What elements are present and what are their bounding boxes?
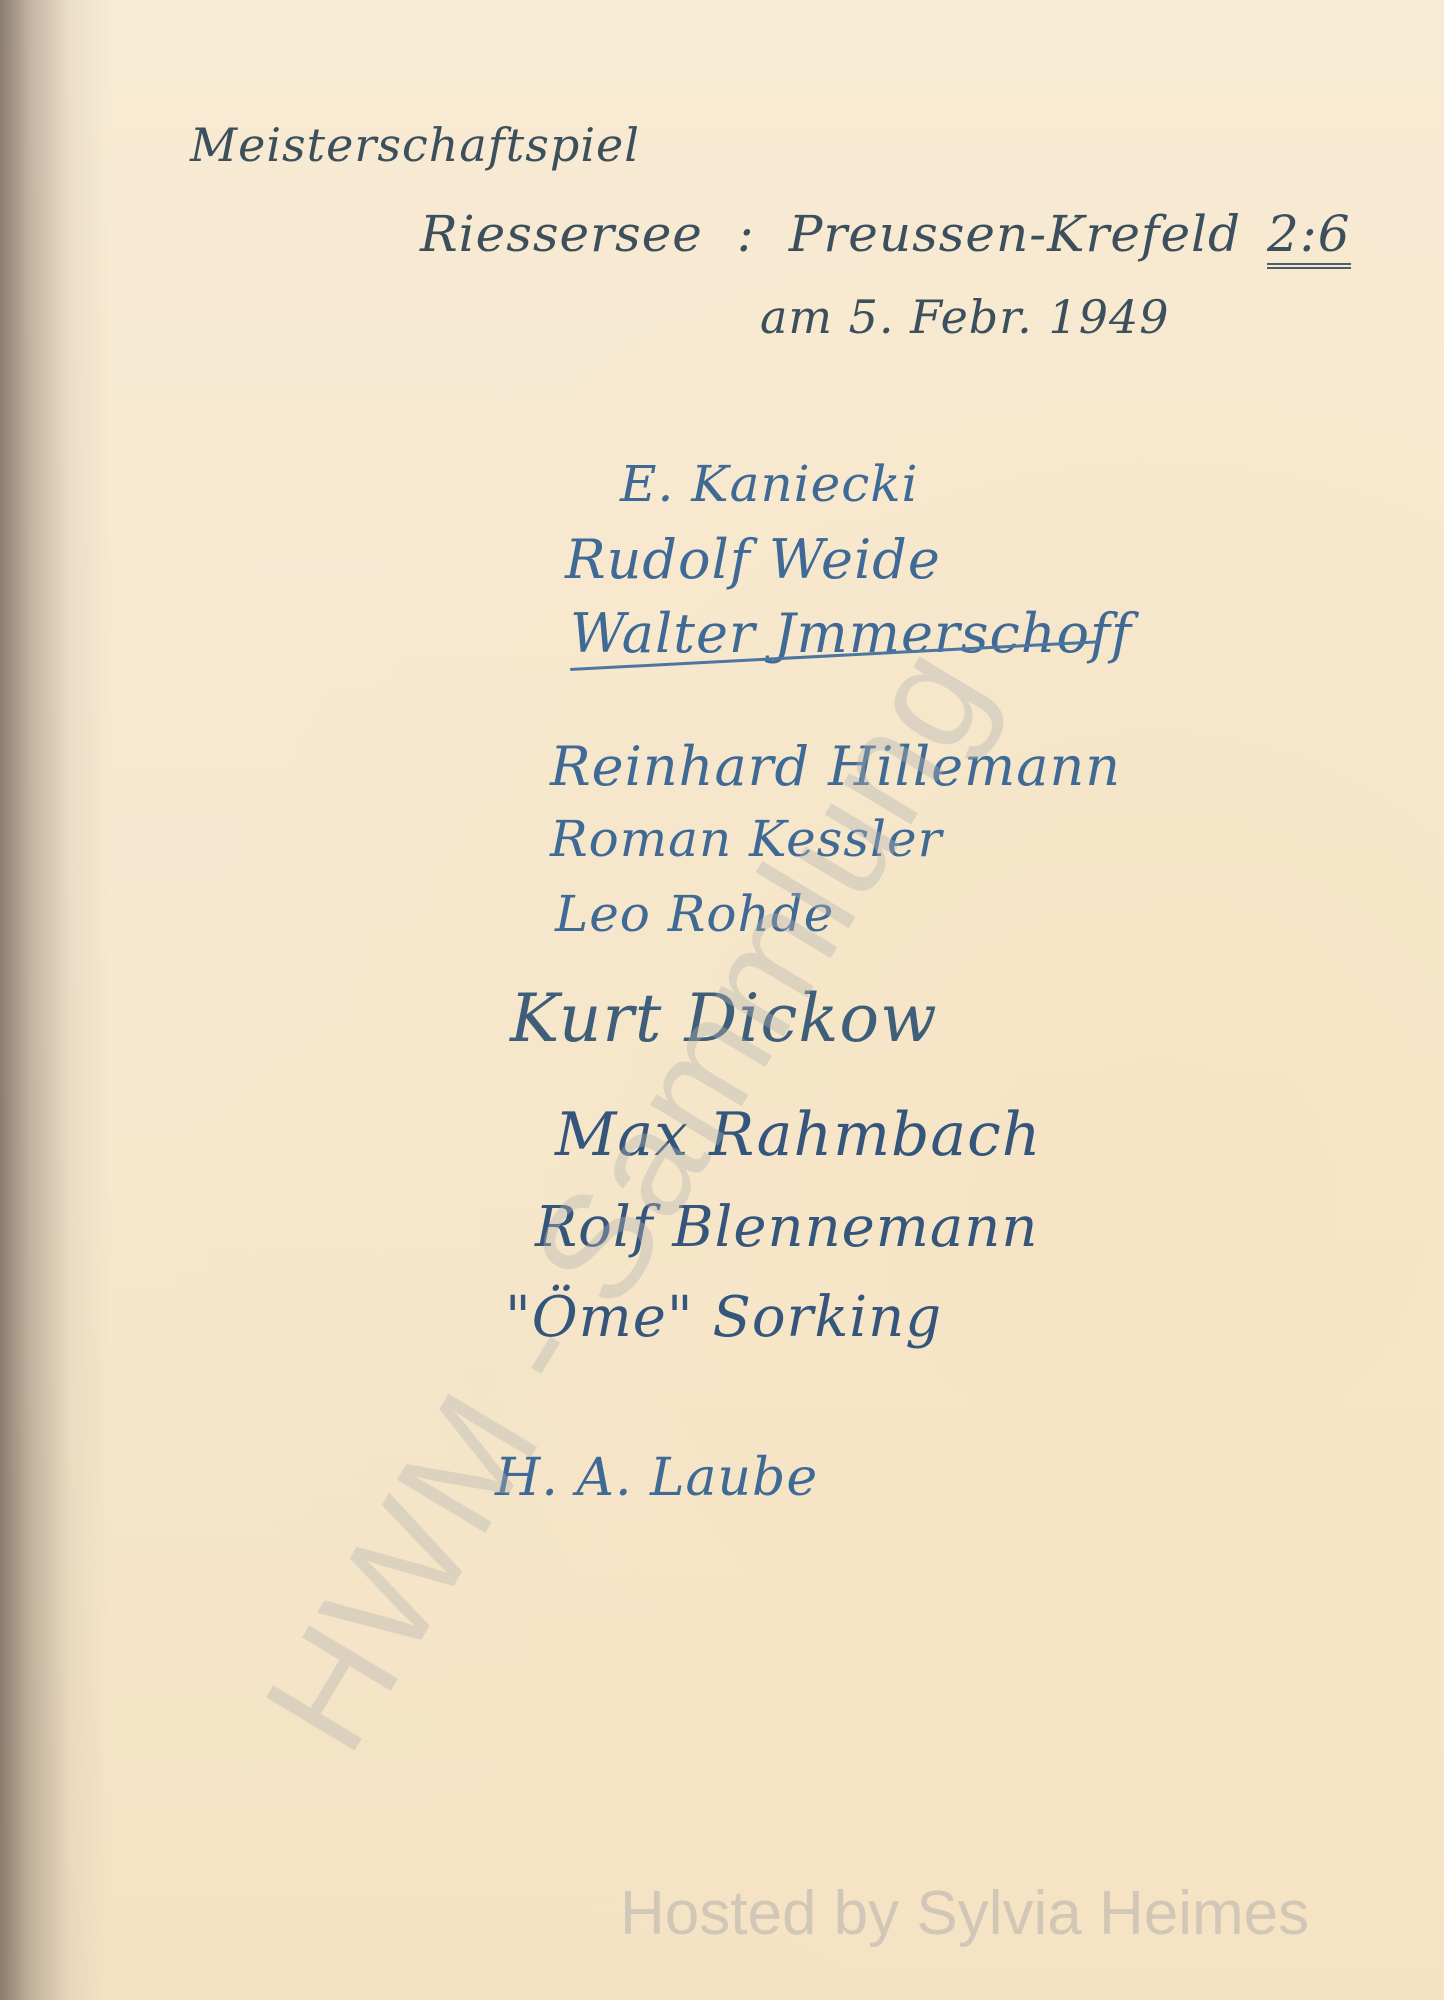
autograph-page: Meisterschaftspiel Riessersee:Preussen-K… (0, 0, 1444, 2000)
host-watermark: Hosted by Sylvia Heimes (620, 1878, 1309, 1949)
signature: E. Kaniecki (620, 455, 919, 513)
signature: Rudolf Weide (565, 528, 941, 591)
